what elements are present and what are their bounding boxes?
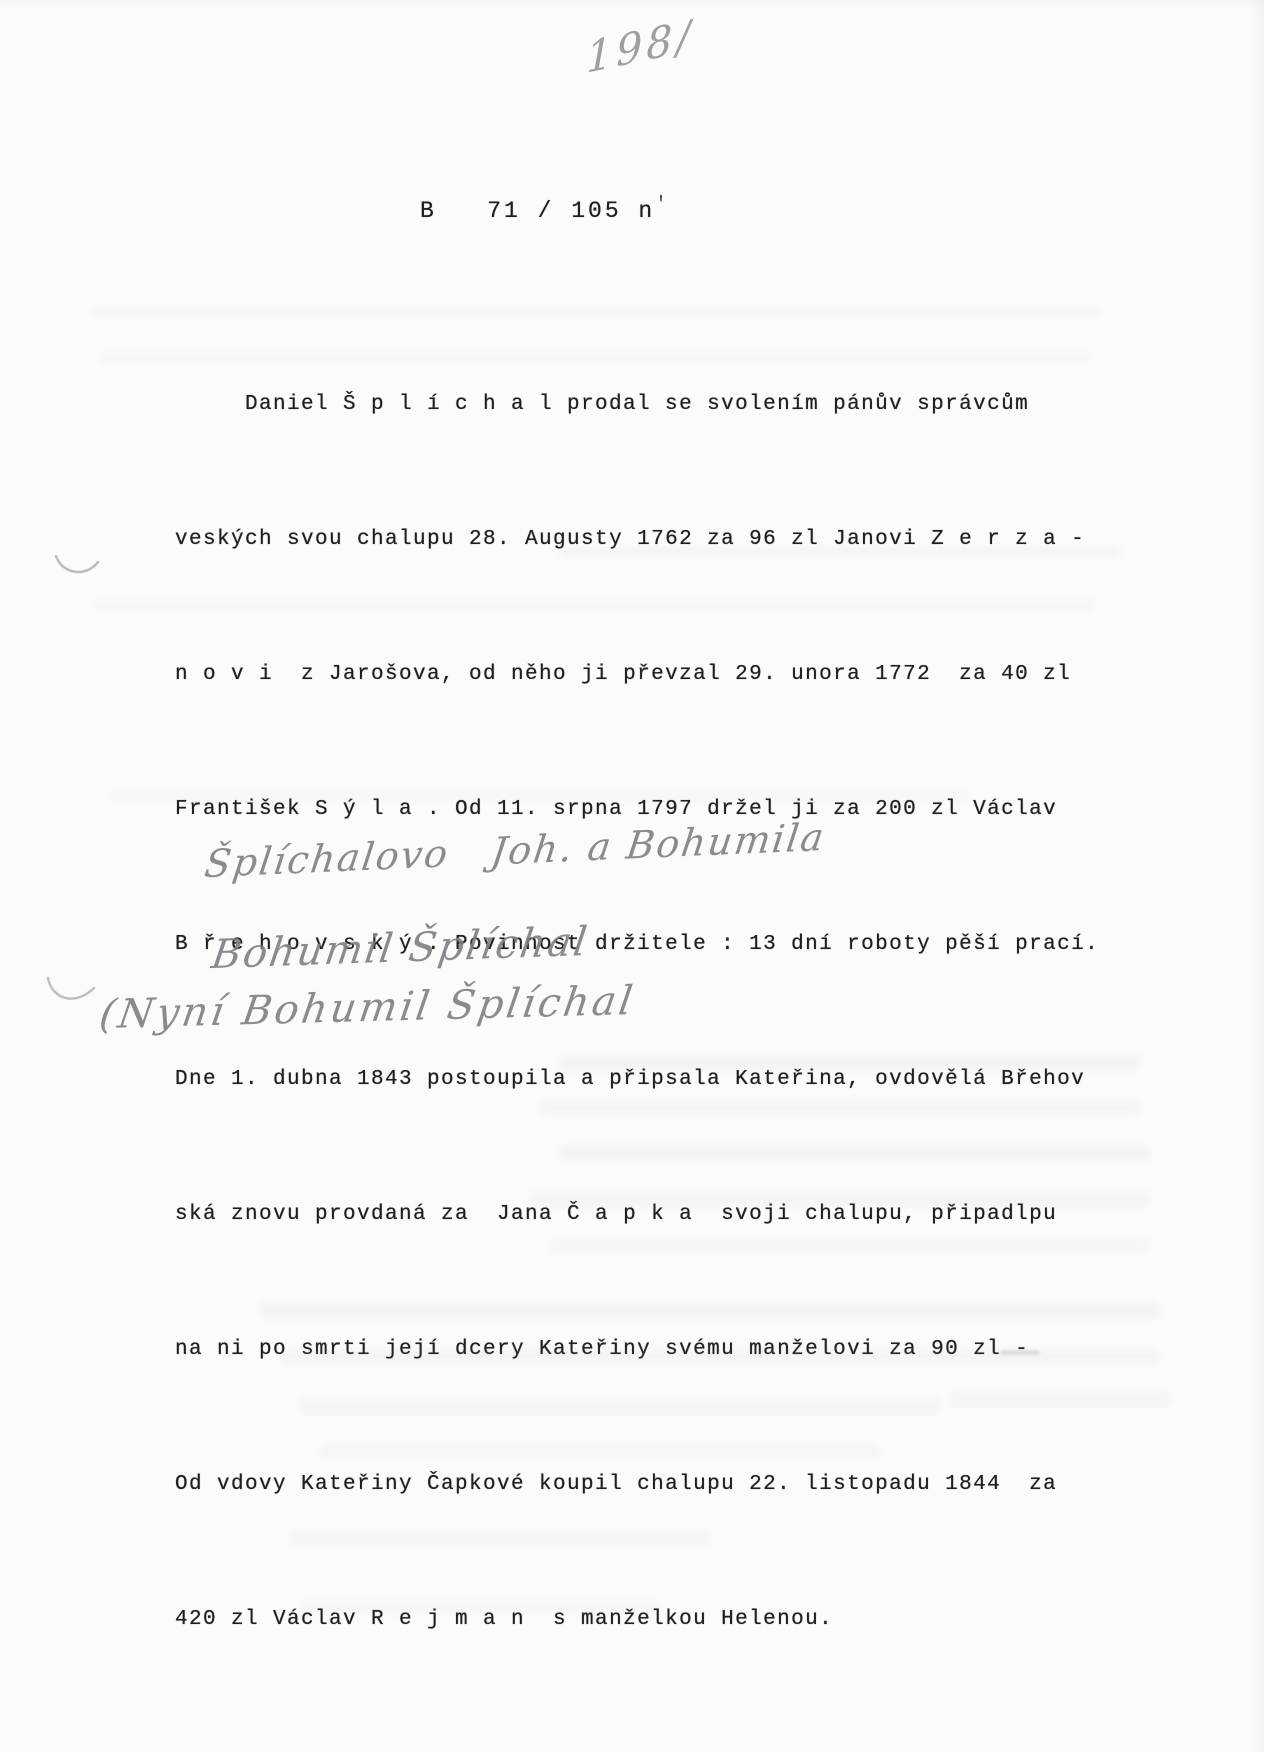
stray-apostrophe-mark: '	[655, 194, 667, 217]
scanned-document-page: 198/ B 71 / 105 n ' Daniel Š p l í c h a…	[0, 0, 1264, 1752]
typed-line: 420 zl Václav R e j m a n s manželkou He…	[175, 1597, 1115, 1642]
pencil-curve-mark	[44, 972, 98, 1008]
typed-line: veských svou chalupu 28. Augusty 1762 za…	[175, 517, 1115, 562]
typed-line: Daniel Š p l í c h a l prodal se svolení…	[175, 382, 1115, 427]
typed-line: na ni po smrti její dcery Kateřiny svému…	[175, 1327, 1115, 1372]
pencil-curve-mark	[52, 548, 102, 582]
document-header: B 71 / 105 n	[420, 198, 655, 224]
typed-line: Od vdovy Kateřiny Čapkové koupil chalupu…	[175, 1462, 1115, 1507]
typed-line: ská znovu provdaná za Jana Č a p k a svo…	[175, 1192, 1115, 1237]
handwritten-page-number: 198/	[586, 10, 694, 83]
typed-line: Dne 1. dubna 1843 postoupila a připsala …	[175, 1057, 1115, 1102]
typed-line: n o v i z Jarošova, od něho ji převzal 2…	[175, 652, 1115, 697]
